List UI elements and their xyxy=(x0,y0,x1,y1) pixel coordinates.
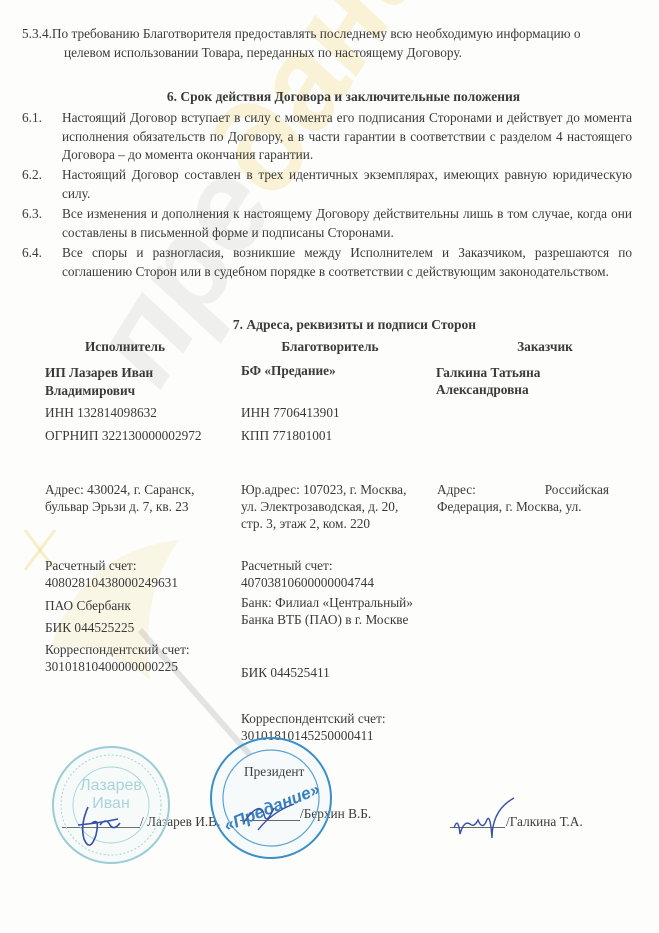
benefactor-signature-line xyxy=(240,820,300,821)
benefactor-bank: Банк: Филиал «Центральный» Банка ВТБ (ПА… xyxy=(241,594,413,628)
clause-text: Настоящий Договор составлен в трех идент… xyxy=(62,166,632,203)
benefactor-inn: ИНН 7706413901 xyxy=(241,404,340,421)
clause-number: 5.3.4. xyxy=(22,26,52,41)
executor-signature-line xyxy=(62,827,140,828)
executor-signature-name: / Лазарев И.В. xyxy=(140,813,220,830)
executor-name: ИП Лазарев Иван Владимирович xyxy=(45,364,153,400)
clause-6-3: 6.3. Все изменения и дополнения к настоя… xyxy=(22,205,632,242)
clause-number: 6.1. xyxy=(22,109,42,128)
svg-text:Лазарев: Лазарев xyxy=(80,777,142,794)
executor-corr-account: Корреспондентский счет: 3010181040000000… xyxy=(45,641,190,675)
clause-number: 6.4. xyxy=(22,244,42,263)
clause-text: Все изменения и дополнения к настоящему … xyxy=(62,205,632,242)
clause-number: 6.3. xyxy=(22,205,42,224)
benefactor-corr-account: Корреспондентский счет: 3010181014525000… xyxy=(241,710,386,744)
executor-stamp-icon: Лазарев Иван xyxy=(50,744,172,866)
section-6-title: 6. Срок действия Договора и заключительн… xyxy=(0,89,659,105)
clause-text-line1: По требованию Благотворителя предоставля… xyxy=(52,26,581,41)
column-head-customer: Заказчик xyxy=(450,339,640,355)
customer-signature-name: /Галкина Т.А. xyxy=(506,813,583,830)
section-7-title: 7. Адреса, реквизиты и подписи Сторон xyxy=(0,317,659,333)
benefactor-bik: БИК 044525411 xyxy=(241,664,330,681)
clause-6-4: 6.4. Все споры и разногласия, возникшие … xyxy=(22,244,632,281)
clause-number: 6.2. xyxy=(22,166,42,185)
clause-5-3-4: 5.3.4.По требованию Благотворителя предо… xyxy=(22,25,642,61)
benefactor-stamp-icon: «Предание» xyxy=(208,735,334,861)
svg-text:Иван: Иван xyxy=(92,795,130,812)
clause-text: Все споры и разногласия, возникшие между… xyxy=(62,244,632,281)
column-head-benefactor: Благотворитель xyxy=(240,339,420,355)
benefactor-name: БФ «Предание» xyxy=(241,362,336,379)
customer-address: Адрес: Российская Федерация, г. Москва, … xyxy=(437,481,609,515)
executor-inn: ИНН 132814098632 xyxy=(45,404,157,421)
clause-6-1: 6.1. Настоящий Договор вступает в силу с… xyxy=(22,109,632,165)
executor-signature-icon xyxy=(70,795,130,855)
clause-text-line2: целевом использовании Товара, переданных… xyxy=(22,44,642,61)
executor-address: Адрес: 430024, г. Саранск, бульвар Эрьзи… xyxy=(45,481,194,515)
benefactor-signature-name: /Берхин В.Б. xyxy=(300,805,371,822)
benefactor-address: Юр.адрес: 107023, г. Москва, ул. Электро… xyxy=(241,481,427,532)
executor-bank: ПАО Сбербанк xyxy=(45,597,131,614)
column-head-executor: Исполнитель xyxy=(40,339,210,355)
benefactor-position: Президент xyxy=(244,763,304,780)
clause-6-2: 6.2. Настоящий Договор составлен в трех … xyxy=(22,166,632,203)
executor-bik: БИК 044525225 xyxy=(45,619,134,636)
customer-name: Галкина Татьяна Александровна xyxy=(436,364,540,398)
executor-account: Расчетный счет: 40802810438000249631 xyxy=(45,557,178,591)
benefactor-kpp: КПП 771801001 xyxy=(241,427,332,444)
executor-ogrnip: ОГРНИП 322130000002972 xyxy=(45,427,202,444)
document-page: предание.ру 5.3.4.По требованию Благотво… xyxy=(0,0,659,933)
benefactor-signature-icon xyxy=(238,790,298,835)
clause-text: Настоящий Договор вступает в силу с моме… xyxy=(62,109,632,165)
customer-signature-line xyxy=(450,827,505,828)
benefactor-account: Расчетный счет: 40703810600000004744 xyxy=(241,557,374,591)
